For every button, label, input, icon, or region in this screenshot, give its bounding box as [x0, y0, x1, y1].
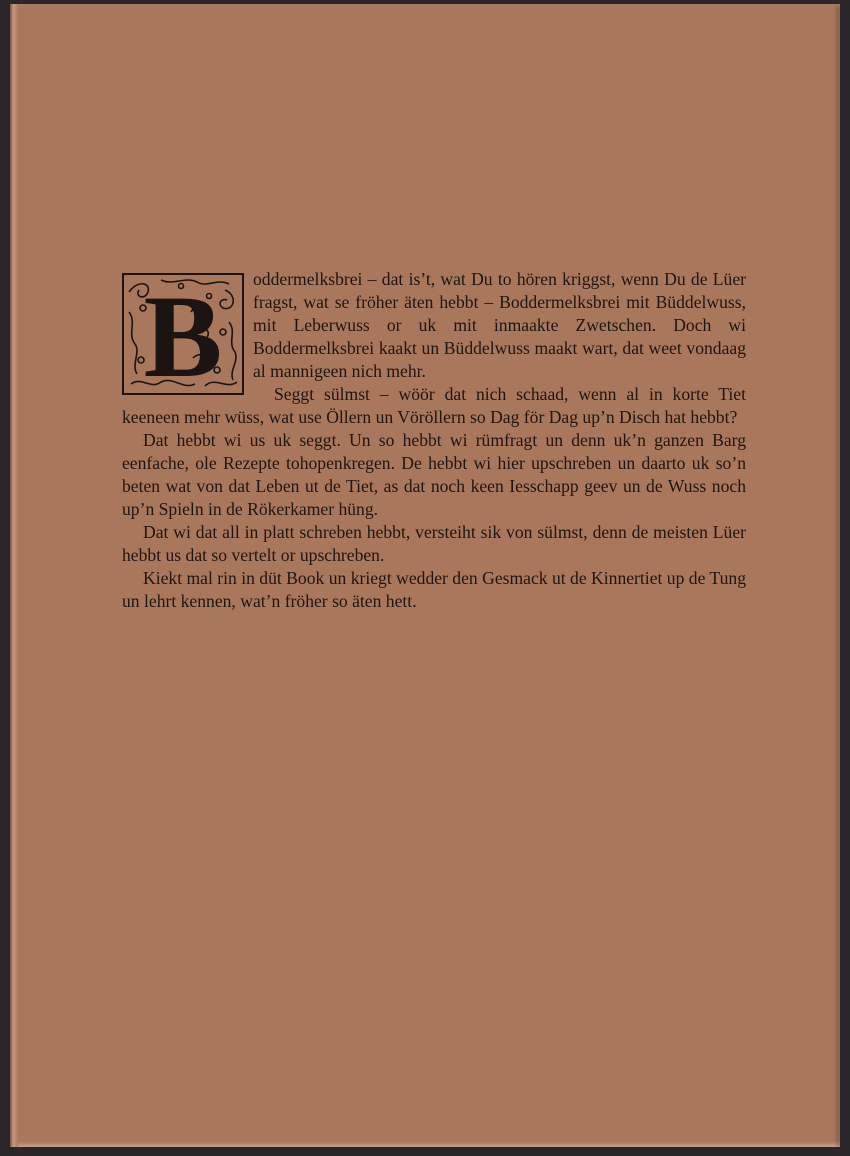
spine-edge [10, 4, 18, 1147]
paragraph-3: Dat hebbt wi us uk seggt. Un so hebbt wi… [122, 429, 746, 521]
ornamental-dropcap: B [121, 272, 245, 396]
book-back-cover: B oddermelksbrei – dat is’t, wat Du to h… [10, 4, 840, 1147]
paragraph-5: Kiekt mal rin in düt Book un kriegt wedd… [122, 567, 746, 613]
paragraph-1-text: oddermelksbrei – dat is’t, wat Du to hör… [253, 269, 746, 381]
paragraph-1: B oddermelksbrei – dat is’t, wat Du to h… [122, 268, 746, 383]
dropcap-letter: B [121, 272, 245, 396]
paragraph-4: Dat wi dat all in platt schreben hebbt, … [122, 521, 746, 567]
blurb-text: B oddermelksbrei – dat is’t, wat Du to h… [122, 268, 746, 613]
